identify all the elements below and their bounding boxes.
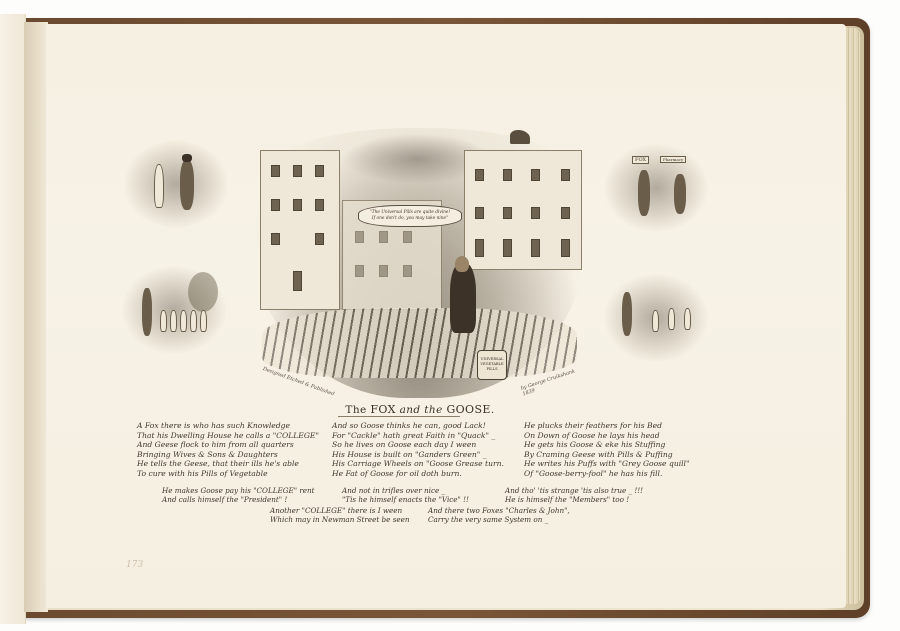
window [293, 165, 302, 177]
window [503, 207, 512, 219]
hat-icon [182, 154, 192, 162]
pill-box-label-2: VEGETABLE [480, 362, 503, 366]
title-mid: and the [400, 404, 443, 416]
window [315, 165, 324, 177]
speech-line-1: "The Universal Pills are quite divine! [370, 210, 450, 215]
goose-figure [684, 308, 691, 330]
verse-line: By Craming Geese with Pills & Puffing [524, 450, 689, 460]
couplet-3: And tho' 'tis strange 'tis also true _ !… [505, 487, 643, 504]
verse-line: Bringing Wives & Sons & Daughters [137, 450, 319, 460]
couplet-2: And not in trifles over nice _ "Tis he h… [342, 487, 469, 504]
tree-icon [188, 272, 218, 312]
goose-figure [180, 310, 187, 332]
window [503, 169, 512, 181]
goose-figure [200, 310, 207, 332]
window [403, 231, 412, 243]
verse-line: For "Cackle" hath great Faith in "Quack"… [332, 431, 504, 441]
verse-line: Which may in Newman Street be seen [270, 516, 410, 525]
window [315, 233, 324, 245]
verse-line: He writes his Puffs with "Grey Goose qui… [524, 459, 689, 469]
fox-figure [180, 160, 194, 210]
window [379, 265, 388, 277]
verse-line: He Fat of Goose for oil doth burn. [332, 469, 504, 479]
title-goose: GOOSE [446, 403, 490, 416]
window [315, 199, 324, 211]
window [355, 231, 364, 243]
fox-standing-figure [142, 288, 152, 336]
window [379, 231, 388, 243]
window [561, 169, 570, 181]
verse-line: Carry the very same System on _ [428, 516, 570, 525]
left-building-college [260, 150, 340, 310]
window [271, 165, 280, 177]
pill-box: UNIVERSAL VEGETABLE PILLS [477, 350, 507, 380]
goose-figure [154, 164, 164, 208]
goose-figure [160, 310, 167, 332]
verse-column-2: And so Goose thinks he can, good Lack! F… [332, 421, 504, 479]
window [503, 239, 512, 257]
title-prefix: The [345, 404, 366, 416]
window [475, 169, 484, 181]
verse-column-1: A Fox there is who has such Knowledge Th… [137, 421, 319, 479]
right-building-with-lion [464, 150, 582, 270]
window [561, 207, 570, 219]
window [403, 265, 412, 277]
verse-line: His House is built on "Ganders Green" _ [332, 450, 504, 460]
flock-of-geese [262, 308, 577, 378]
speech-line-2: If one don't do, you may take nine" [372, 216, 448, 221]
verse-line: And so Goose thinks he can, good Lack! [332, 421, 504, 431]
vignette-fox-leading-geese [604, 274, 708, 362]
verse-line: To cure with his Pills of Vegetable [137, 469, 319, 479]
window [561, 239, 570, 257]
plate-title: The FOX and the GOOSE. [300, 403, 540, 416]
goose-figure [190, 310, 197, 332]
window [271, 233, 280, 245]
fox-leader-figure [622, 292, 632, 336]
window [475, 239, 484, 257]
window [355, 265, 364, 277]
vignette-fox-and-geese-tree [122, 266, 226, 354]
pill-box-label-3: PILLS [486, 367, 497, 371]
verse-line: "Tis he himself enacts the "Vice" !! [342, 496, 469, 505]
verse-line: That his Dwelling House he calls a "COLL… [137, 431, 319, 441]
couplet-4: Another "COLLEGE" there is I ween Which … [270, 507, 410, 524]
verse-line: So he lives on Goose each day I ween [332, 440, 504, 450]
verse-line: Of "Goose-berry-fool" he has his fill. [524, 469, 689, 479]
window [531, 207, 540, 219]
verse-line: He gets his Goose & eke his Stuffing [524, 440, 689, 450]
page-fore-edge [846, 28, 860, 604]
main-engraving-fox-and-geese: "The Universal Pills are quite divine! I… [252, 128, 587, 398]
goose-figure [652, 310, 659, 332]
title-underline [338, 416, 460, 417]
window [293, 199, 302, 211]
window [475, 207, 484, 219]
verse-line: He plucks their feathers for his Bed [524, 421, 689, 431]
pill-box-label-1: UNIVERSAL [481, 357, 504, 361]
vignette-fox-doctor-and-goose [124, 140, 228, 228]
speech-bubble: "The Universal Pills are quite divine! I… [358, 205, 462, 227]
verse-line: And Geese flock to him from all quarters [137, 440, 319, 450]
window [531, 169, 540, 181]
couplet-5: And there two Foxes "Charles & John", Ca… [428, 507, 570, 524]
shop-sign-right: Pharmacy [660, 156, 686, 163]
verse-line: And calls himself the "President" ! [162, 496, 315, 505]
customer-figure [674, 174, 686, 214]
goose-figure [170, 310, 177, 332]
window [531, 239, 540, 257]
title-fox: FOX [370, 403, 396, 416]
left-flyleaf [0, 14, 26, 624]
door [293, 271, 302, 291]
verse-line: On Down of Goose he lays his head [524, 431, 689, 441]
book-gutter [24, 22, 48, 612]
vignette-fox-shop: FOX Pharmacy [604, 144, 708, 232]
fox-shopkeeper-figure [638, 170, 650, 216]
verse-column-3: He plucks their feathers for his Bed On … [524, 421, 689, 479]
couplet-1: He makes Goose pay his "COLLEGE" rent An… [162, 487, 315, 504]
title-suffix: . [491, 404, 495, 416]
lion-statue-icon [510, 130, 530, 144]
goose-figure [668, 308, 675, 330]
fox-orator-figure [450, 263, 476, 333]
shop-sign: FOX [632, 156, 649, 164]
window [271, 199, 280, 211]
verse-line: He is himself the "Members" too ! [505, 496, 643, 505]
pencil-annotation: 173 [126, 560, 143, 570]
verse-line: His Carriage Wheels on "Goose Grease tur… [332, 459, 504, 469]
verse-line: He tells the Geese, that their ills he's… [137, 459, 319, 469]
fox-head-icon [455, 256, 469, 272]
verse-line: A Fox there is who has such Knowledge [137, 421, 319, 431]
